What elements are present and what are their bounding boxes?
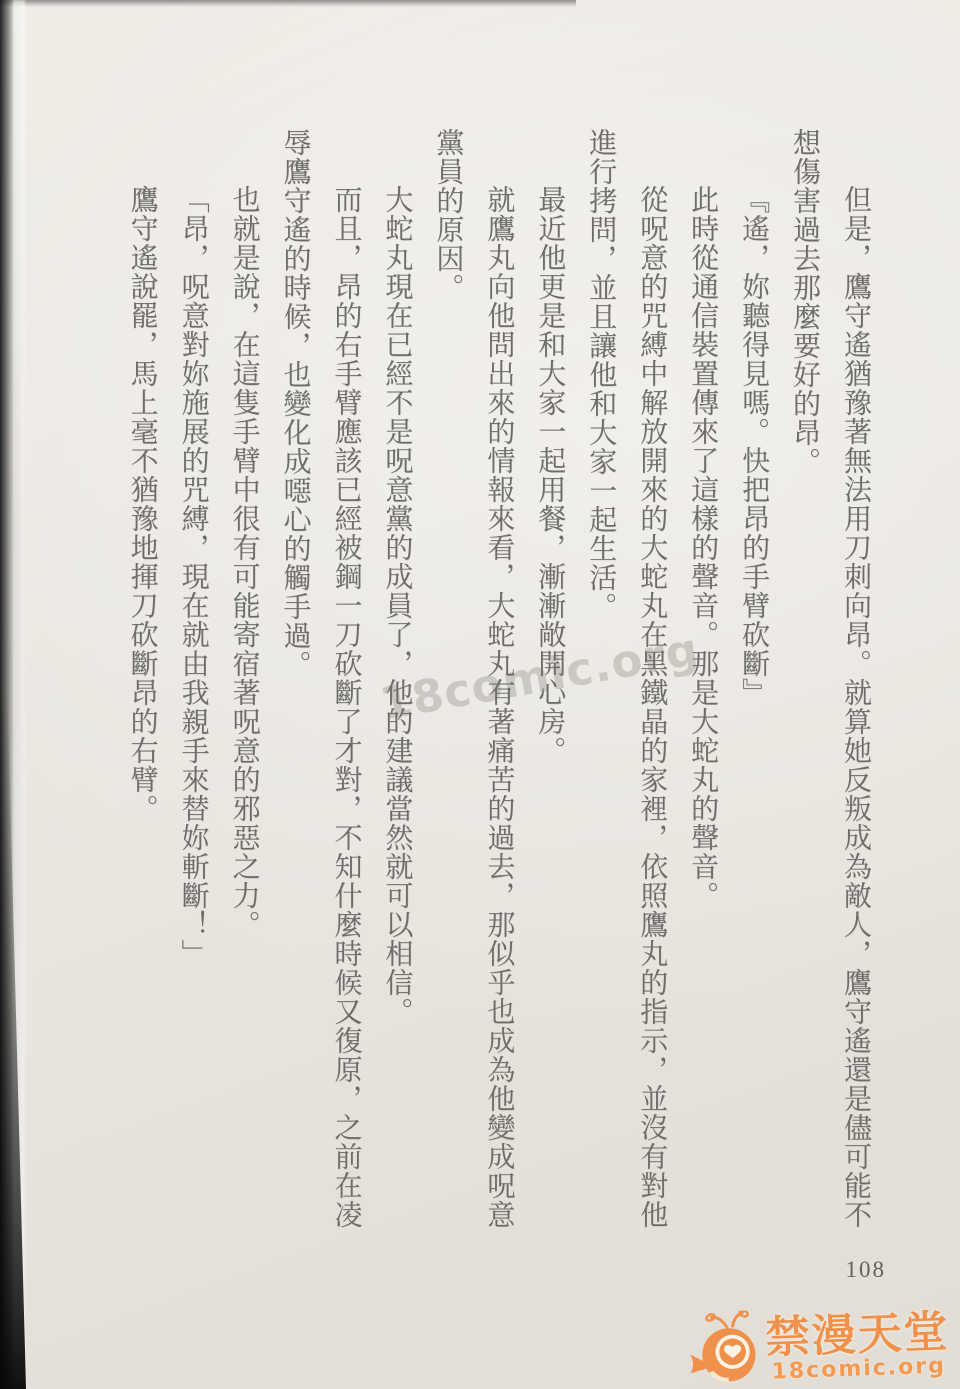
text-column: 想傷害過去那麼要好的昂。: [778, 128, 829, 1244]
text-column: 大蛇丸現在已經不是呪意黨的成員了，他的建議當然就可以相信。: [370, 128, 421, 1244]
text-column: 就鷹丸向他問出來的情報來看，大蛇丸有著痛苦的過去，那似乎也成為他變成呪意: [472, 128, 523, 1244]
scan-shadow-top: [0, 0, 576, 7]
vertical-text-block: 但是，鷹守遙猶豫著無法用刀刺向昂。就算她反叛成為敵人，鷹守遙還是儘可能不 想傷害…: [116, 128, 880, 1244]
mascot-fish-heart-eye-icon: [685, 1310, 764, 1389]
text-column: 進行拷問，並且讓他和大家一起生活。: [574, 128, 625, 1244]
scanned-book-page: 18comic.org 但是，鷹守遙猶豫著無法用刀刺向昂。就算她反叛成為敵人，鷹…: [0, 0, 960, 1389]
site-url: 18comic.org: [771, 1353, 946, 1384]
text-column: 『遙，妳聽得見嗎。快把昂的手臂砍斷』: [727, 128, 778, 1244]
text-column: 鷹守遙說罷，馬上毫不猶豫地揮刀砍斷昂的右臂。: [116, 128, 167, 1244]
text-column: 也就是說，在這隻手臂中很有可能寄宿著呪意的邪惡之力。: [218, 128, 269, 1244]
text-column: 但是，鷹守遙猶豫著無法用刀刺向昂。就算她反叛成為敵人，鷹守遙還是儘可能不: [829, 128, 880, 1244]
site-logo: 禁漫天堂 18comic.org: [685, 1303, 952, 1389]
page-number: 108: [846, 1257, 887, 1283]
text-column: 此時從通信裝置傳來了這樣的聲音。那是大蛇丸的聲音。: [676, 128, 727, 1244]
text-column: 從呪意的咒縛中解放開來的大蛇丸在黑鐵晶的家裡，依照鷹丸的指示，並沒有對他: [625, 128, 676, 1244]
text-column: 而且，昂的右手臂應該已經被鋼一刀砍斷了才對，不知什麼時候又復原，之前在凌: [320, 128, 371, 1244]
text-column: 最近他更是和大家一起用餐，漸漸敞開心房。: [523, 128, 574, 1244]
text-column: 「昂，呪意對妳施展的咒縛，現在就由我親手來替妳斬斷！」: [167, 128, 218, 1244]
text-column: 黨員的原因。: [421, 128, 472, 1244]
text-column: 辱鷹守遙的時候，也變化成噁心的觸手過。: [269, 128, 320, 1244]
